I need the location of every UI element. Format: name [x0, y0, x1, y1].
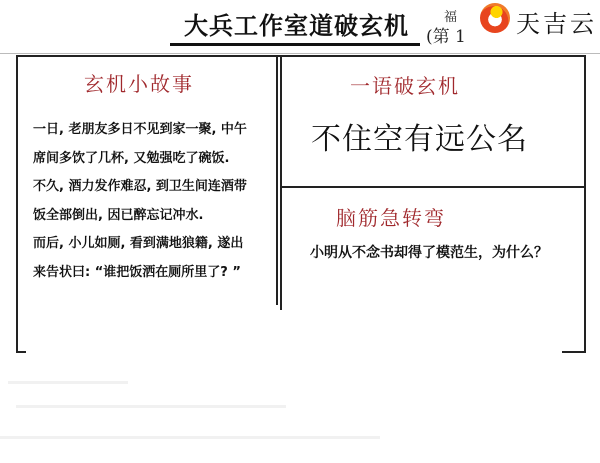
story-heading: 玄机小故事 [84, 68, 194, 97]
brand-name: 天吉云 [516, 4, 597, 39]
right-panel-divider [280, 186, 586, 188]
story-line: 一日, 老朋友多日不见到家一聚, 中午 [33, 116, 273, 145]
issue-number: (第 1 [426, 22, 466, 47]
flame-logo-icon [480, 3, 510, 33]
story-line: 而后, 小儿如厕, 看到满地狼籍, 遂出 [33, 230, 273, 259]
story-line: 来告状曰: “谁把饭洒在厕所里了? ” [33, 259, 273, 288]
teaser-question: 小明从不念书却得了模范生，为什么？ [310, 242, 580, 264]
story-panel-right-border [276, 55, 278, 305]
faint-artifact [0, 436, 380, 439]
story-line: 席间多饮了几杯, 又勉强吃了碗饭. [33, 145, 273, 174]
top-divider [0, 53, 600, 54]
center-divider [280, 55, 282, 310]
story-line: 不久, 酒力发作难忍, 到卫生间连酒带 [33, 173, 273, 202]
frame-top-border [16, 55, 586, 57]
teaser-heading: 脑筋急转弯 [336, 202, 446, 231]
riddle-answer: 不住空有远公名 [311, 114, 528, 158]
faint-artifact [8, 381, 128, 384]
frame-right-border [584, 55, 586, 353]
frame-bottom-left-corner [16, 351, 26, 353]
title-underline [170, 43, 420, 46]
brand-logo: 天吉云 [480, 2, 600, 36]
frame-left-border [16, 55, 18, 353]
story-text: 一日, 老朋友多日不见到家一聚, 中午 席间多饮了几杯, 又勉强吃了碗饭. 不久… [33, 116, 273, 287]
faint-artifact [16, 405, 286, 408]
frame-bottom-right-corner [562, 351, 586, 353]
story-line: 饭全部倒出, 因已醉忘记冲水. [33, 202, 273, 231]
riddle-heading: 一语破玄机 [350, 70, 460, 99]
page-title: 大兵工作室道破玄机 [184, 6, 409, 41]
